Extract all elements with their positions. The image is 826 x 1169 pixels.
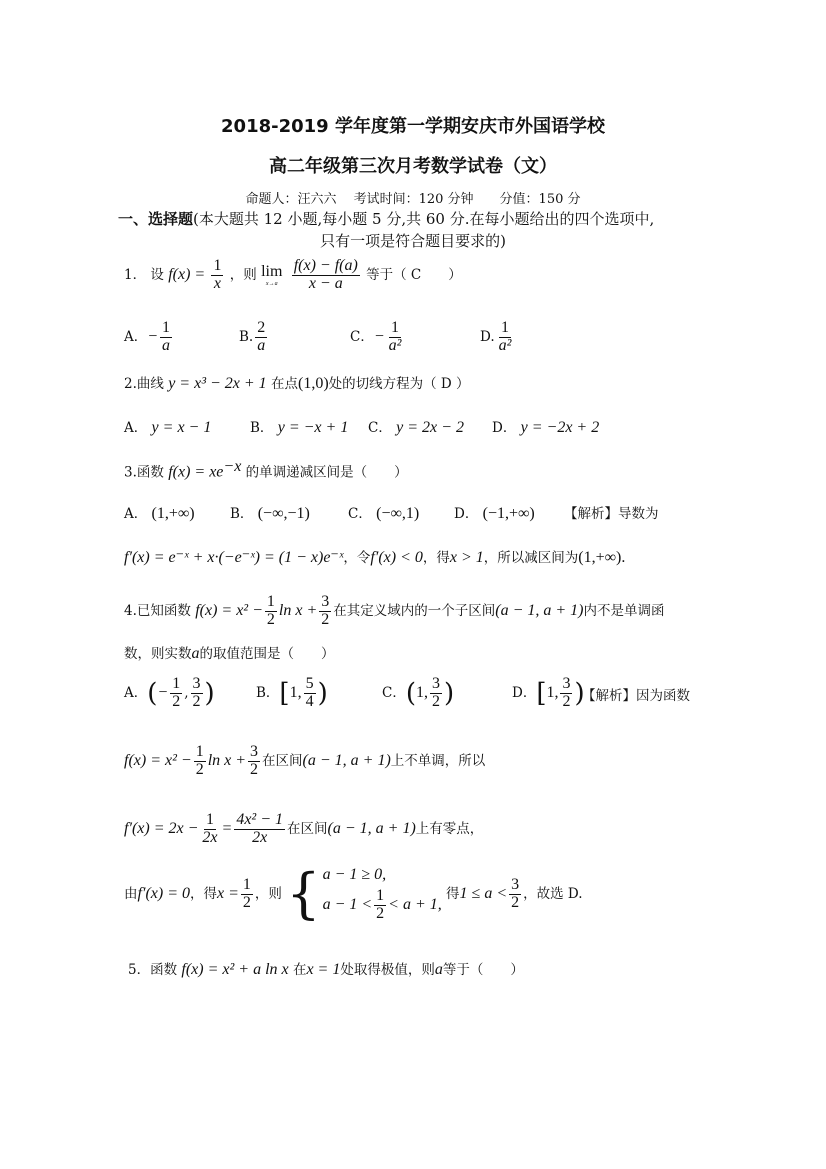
option-c[interactable]: C． (−∞,1)	[348, 502, 419, 523]
option-c[interactable]: C．(1,32)	[382, 676, 454, 711]
math-expr: y = x³ − 2x + 1	[168, 375, 267, 392]
question-4-analysis-3: 由f′(x) = 0，得x =12，则 {a − 1 ≥ 0,a − 1 <12…	[124, 866, 583, 923]
stem-text: 内不是单调函	[583, 603, 664, 619]
fraction: 1x	[211, 258, 223, 293]
exponent: −x	[223, 458, 241, 475]
section-instructions-1: (本大题共 12 小题,每小题 5 分,共 60 分.在每小题给出的四个选项中,	[193, 210, 654, 228]
analysis-tag: 【解析】导数为	[564, 502, 659, 522]
math-expr: (1,0)	[298, 375, 329, 392]
question-4-analysis-1: f(x) = x² −12ln x +32在区间(a − 1, a + 1)上不…	[124, 744, 485, 779]
math-expr: f(x) = x² −	[195, 602, 263, 619]
question-number: 5．	[128, 962, 150, 978]
question-5: 5．函数 f(x) = x² + a ln x 在x = 1处取得极值，则a等于…	[128, 958, 524, 979]
option-b[interactable]: B.2a	[239, 320, 269, 355]
stem-text: 在点	[271, 376, 298, 392]
stem-text: 处的切线方程为（ D ）	[329, 376, 470, 392]
option-a[interactable]: A． (1,+∞)	[124, 502, 195, 523]
exam-title-line2: 高二年级第三次月考数学试卷（文）	[0, 152, 826, 178]
stem-text: 设	[150, 267, 164, 283]
option-c[interactable]: C． y = 2x − 2	[368, 416, 464, 437]
question-number: 1．	[124, 267, 146, 283]
question-number: 2.	[124, 376, 137, 392]
question-3-analysis: f′(x) = e⁻ˣ + x·(−e⁻ˣ) = (1 − x)e⁻ˣ，令f′(…	[124, 546, 625, 567]
question-number: 4.	[124, 603, 137, 619]
option-d[interactable]: D． y = −2x + 2	[492, 416, 599, 437]
option-b[interactable]: B．[1,54)	[256, 676, 328, 711]
stem-text: 已知函数	[137, 603, 191, 619]
limit: limx→a	[261, 263, 282, 287]
option-d[interactable]: D．[1,32)	[512, 676, 585, 711]
option-b[interactable]: B． (−∞,−1)	[230, 502, 310, 523]
question-4-analysis-2: f′(x) = 2x −12x=4x² − 12x在区间(a − 1, a + …	[124, 812, 483, 847]
stem-text: 在其定义域内的一个子区间	[333, 603, 495, 619]
math-expr: f(x) = xe	[168, 464, 223, 481]
option-a[interactable]: A．(−12,32)	[124, 676, 215, 711]
math-expr: (a − 1, a + 1)	[495, 602, 583, 619]
option-a[interactable]: A．−1a	[124, 320, 174, 355]
analysis-tag: 【解析】因为函数	[582, 684, 690, 704]
math-expr: f(x) = x² + a ln x	[181, 961, 288, 978]
option-d[interactable]: D． (−1,+∞)	[454, 502, 535, 523]
stem-text: 函数	[137, 465, 164, 481]
option-d[interactable]: D.1a²	[480, 320, 515, 355]
exam-title-line1: 2018-2019 学年度第一学期安庆市外国语学校	[0, 112, 826, 138]
stem-text: 曲线	[137, 376, 164, 392]
question-2: 2.曲线 y = x³ − 2x + 1 在点(1,0)处的切线方程为（ D ）	[124, 372, 470, 393]
fraction: f(x) − f(a)x − a	[292, 258, 360, 293]
exam-meta: 命题人：汪六六 考试时间：120 分钟 分值：150 分	[0, 188, 826, 207]
question-4: 4.已知函数 f(x) = x² −12ln x +32在其定义域内的一个子区间…	[124, 594, 664, 629]
question-4-line2: 数，则实数a的取值范围是（ ）	[124, 642, 335, 663]
stem-text: 的单调递减区间是（ ）	[246, 465, 408, 481]
math-expr: f(x) =	[168, 266, 205, 283]
option-c[interactable]: C．−1a²	[350, 320, 405, 355]
option-a[interactable]: A． y = x − 1	[124, 416, 211, 437]
question-1: 1． 设 f(x) = 1x ，则 limx→a f(x) − f(a)x − …	[124, 258, 462, 293]
section-heading: 一、选择题(本大题共 12 小题,每小题 5 分,共 60 分.在每小题给出的四…	[118, 208, 654, 229]
stem-text: 等于（ C ）	[366, 267, 462, 283]
section-title: 一、选择题	[118, 210, 193, 228]
stem-text: ，则	[230, 267, 257, 283]
option-b[interactable]: B． y = −x + 1	[250, 416, 348, 437]
section-instructions-2: 只有一项是符合题目要求的)	[0, 230, 826, 251]
equation-system: {a − 1 ≥ 0,a − 1 <12< a + 1,	[286, 866, 442, 923]
question-number: 3.	[124, 465, 137, 481]
stem-text: 函数	[150, 962, 177, 978]
question-3: 3.函数 f(x) = xe−x 的单调递减区间是（ ）	[124, 458, 408, 482]
